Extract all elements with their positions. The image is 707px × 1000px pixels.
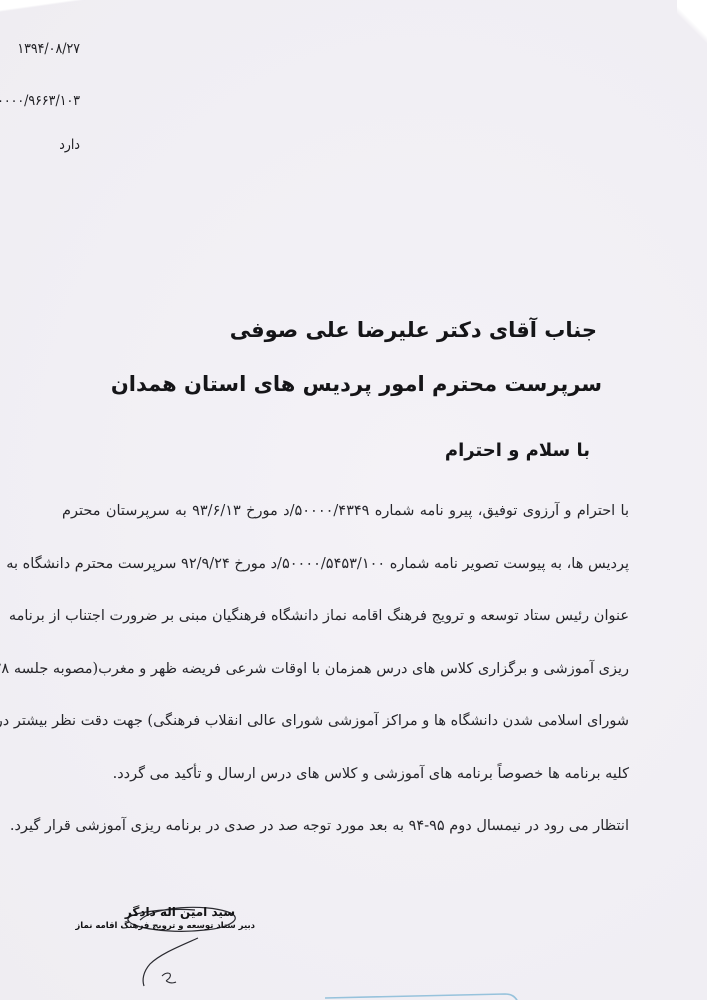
body-line: انتظار می رود در نیمسال دوم ۹۵-۹۴ به بعد… <box>62 811 629 864</box>
letter-attachment: دارد <box>59 138 80 152</box>
letter-body: با احترام و آرزوی توفیق، پیرو نامه شماره… <box>62 496 629 864</box>
letter-date: ۱۳۹۴/۰۸/۲۷ <box>17 42 80 56</box>
stamp-edge-icon <box>325 990 520 1000</box>
body-line: با احترام و آرزوی توفیق، پیرو نامه شماره… <box>62 496 629 549</box>
signer-title: دبیر ستاد توسعه و ترویج فرهنگ اقامه نماز <box>105 921 255 931</box>
letter-number: ۵۰۰۰۰/۹۶۶۳/۱۰۳ <box>0 94 80 108</box>
body-line: شورای اسلامی شدن دانشگاه ها و مراکز آموز… <box>62 706 629 759</box>
signature-block: سید امین اله دادگر دبیر ستاد توسعه و ترو… <box>105 905 255 931</box>
body-line: عنوان رئیس ستاد توسعه و ترویج فرهنگ اقام… <box>62 601 629 654</box>
body-line: کلیه برنامه ها خصوصاً برنامه های آموزشی … <box>62 759 629 812</box>
recipient-title: سرپرست محترم امور پردیس های استان همدان <box>111 372 602 396</box>
greeting: با سلام و احترام <box>445 440 590 461</box>
body-line: پردیس ها، به پیوست تصویر نامه شماره ۵۰۰۰… <box>62 549 629 602</box>
letter-page: ۱۳۹۴/۰۸/۲۷ ۵۰۰۰۰/۹۶۶۳/۱۰۳ دارد جناب آقای… <box>0 0 707 1000</box>
paper-corner <box>677 0 707 50</box>
body-line: ریزی آموزشی و برگزاری کلاس های درس همزما… <box>62 654 629 707</box>
recipient-name: جناب آقای دکتر علیرضا علی صوفی <box>230 318 597 342</box>
signer-name: سید امین اله دادگر <box>105 905 255 919</box>
